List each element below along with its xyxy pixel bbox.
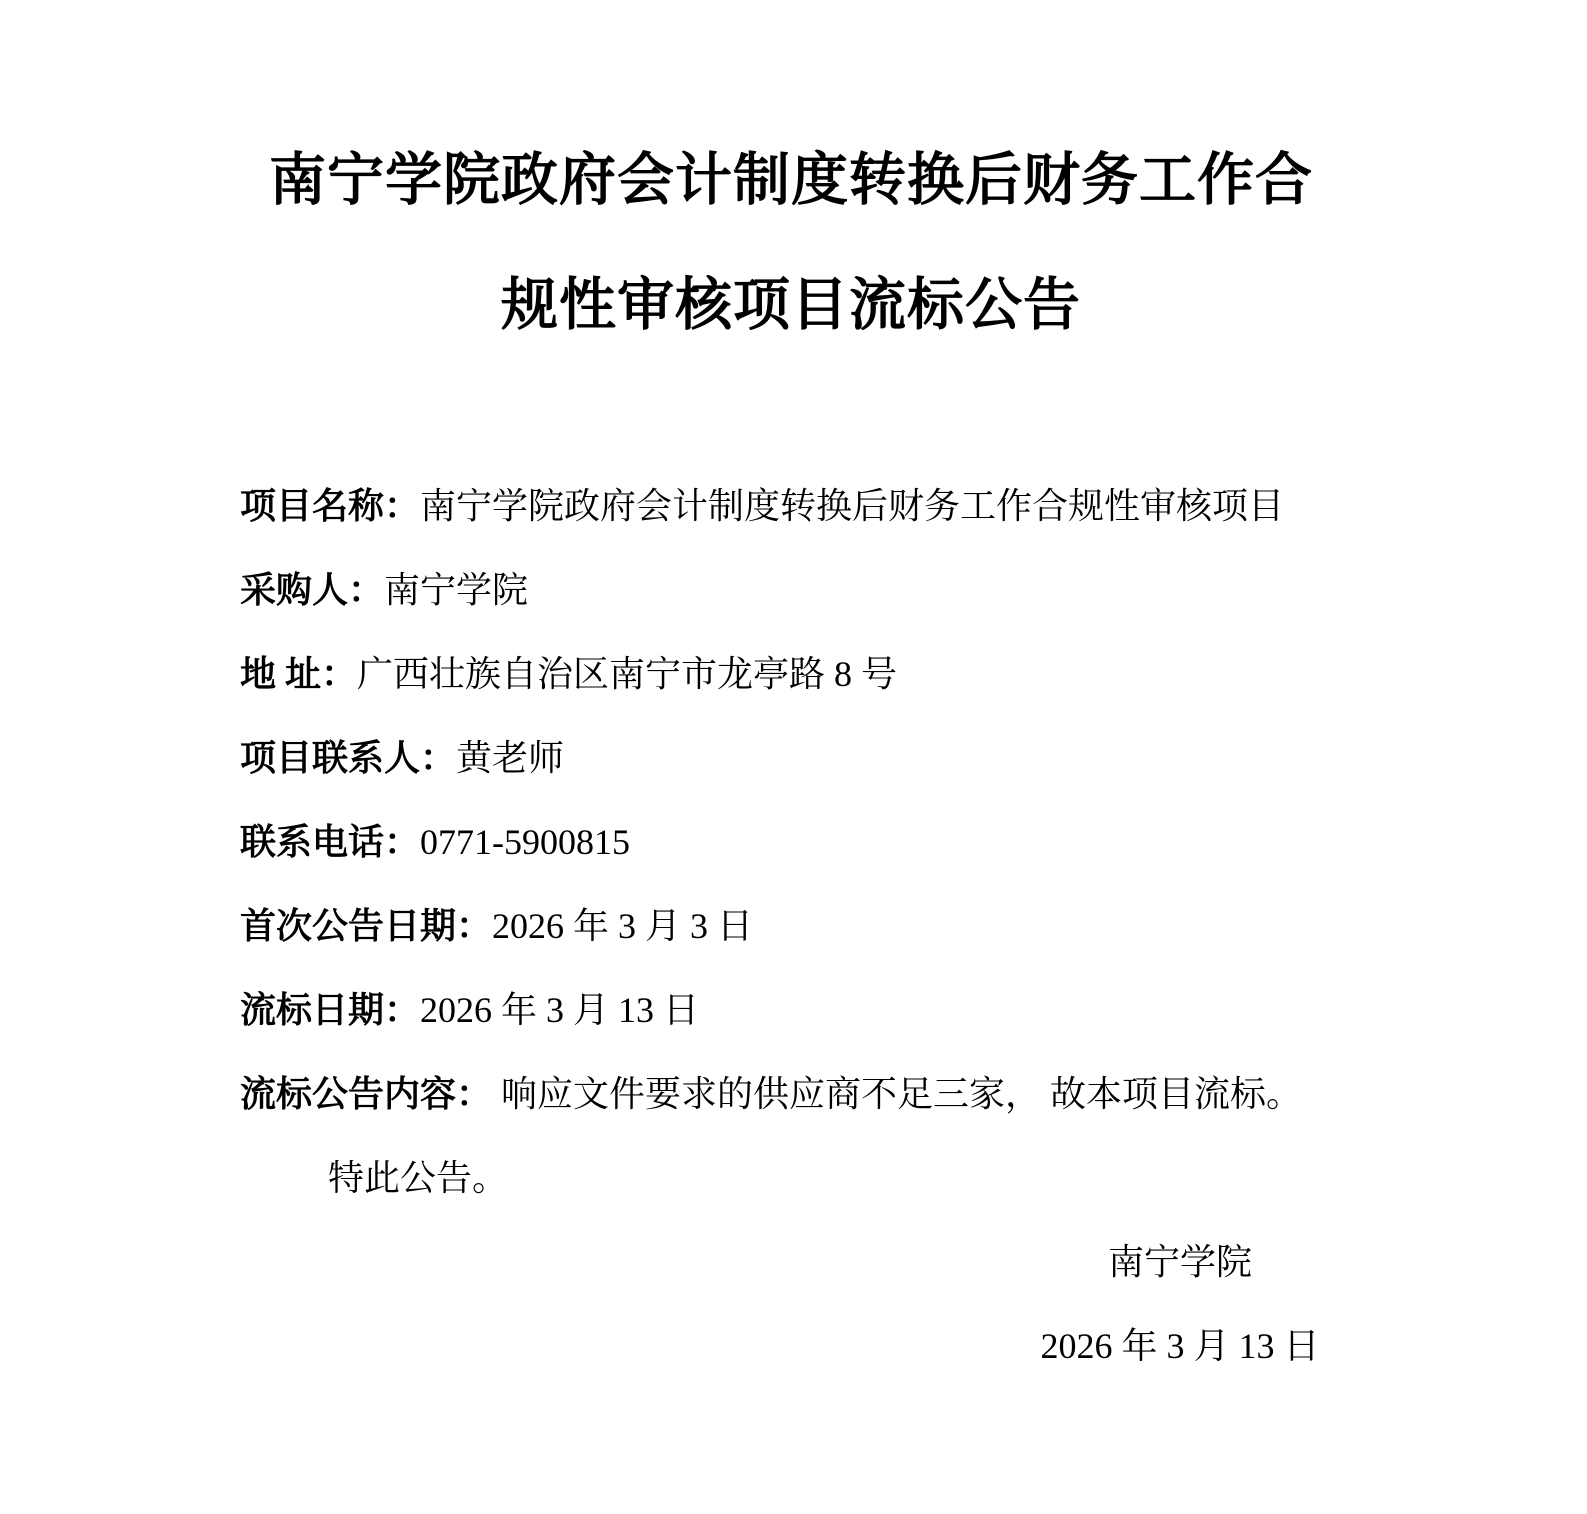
field-contact-person: 项目联系人：黄老师 [240, 716, 1342, 800]
document-title: 南宁学院政府会计制度转换后财务工作合 规性审核项目流标公告 [240, 118, 1342, 368]
field-address-label: 地 址： [240, 654, 357, 694]
field-first-announcement-date-value: 2026 年 3 月 3 日 [492, 906, 753, 946]
field-purchaser-value: 南宁学院 [384, 570, 528, 610]
field-failed-bid-content-label: 流标公告内容： [240, 1074, 492, 1114]
signature-block: 南宁学院 2026 年 3 月 13 日 [930, 1220, 1430, 1388]
field-first-announcement-date-label: 首次公告日期： [240, 906, 492, 946]
field-failed-bid-content: 流标公告内容： 响应文件要求的供应商不足三家， 故本项目流标。 [240, 1052, 1342, 1136]
field-project-name-label: 项目名称： [240, 486, 420, 526]
field-purchaser-label: 采购人： [240, 570, 384, 610]
signature-date: 2026 年 3 月 13 日 [930, 1304, 1430, 1388]
field-first-announcement-date: 首次公告日期：2026 年 3 月 3 日 [240, 884, 1342, 968]
document-title-line1: 南宁学院政府会计制度转换后财务工作合 [240, 118, 1342, 243]
field-contact-person-label: 项目联系人： [240, 738, 456, 778]
announcement-document: 南宁学院政府会计制度转换后财务工作合 规性审核项目流标公告 项目名称：南宁学院政… [0, 0, 1587, 1514]
signature-organization: 南宁学院 [930, 1220, 1430, 1304]
field-failed-bid-date: 流标日期：2026 年 3 月 13 日 [240, 968, 1342, 1052]
field-contact-phone-value: 0771-5900815 [420, 822, 630, 862]
closing-statement: 特此公告。 [240, 1136, 1342, 1220]
field-failed-bid-date-label: 流标日期： [240, 990, 420, 1030]
field-contact-phone: 联系电话：0771-5900815 [240, 800, 1342, 884]
field-address: 地 址：广西壮族自治区南宁市龙亭路 8 号 [240, 632, 1342, 716]
field-address-value: 广西壮族自治区南宁市龙亭路 8 号 [357, 654, 897, 694]
field-failed-bid-content-value: 响应文件要求的供应商不足三家， 故本项目流标。 [492, 1074, 1302, 1114]
field-project-name: 项目名称：南宁学院政府会计制度转换后财务工作合规性审核项目 [240, 464, 1342, 548]
field-purchaser: 采购人：南宁学院 [240, 548, 1342, 632]
field-failed-bid-date-value: 2026 年 3 月 13 日 [420, 990, 699, 1030]
field-contact-phone-label: 联系电话： [240, 822, 420, 862]
document-title-line2: 规性审核项目流标公告 [240, 243, 1342, 368]
field-project-name-value: 南宁学院政府会计制度转换后财务工作合规性审核项目 [420, 486, 1284, 526]
document-body: 项目名称：南宁学院政府会计制度转换后财务工作合规性审核项目 采购人：南宁学院 地… [240, 464, 1342, 1220]
field-contact-person-value: 黄老师 [456, 738, 564, 778]
